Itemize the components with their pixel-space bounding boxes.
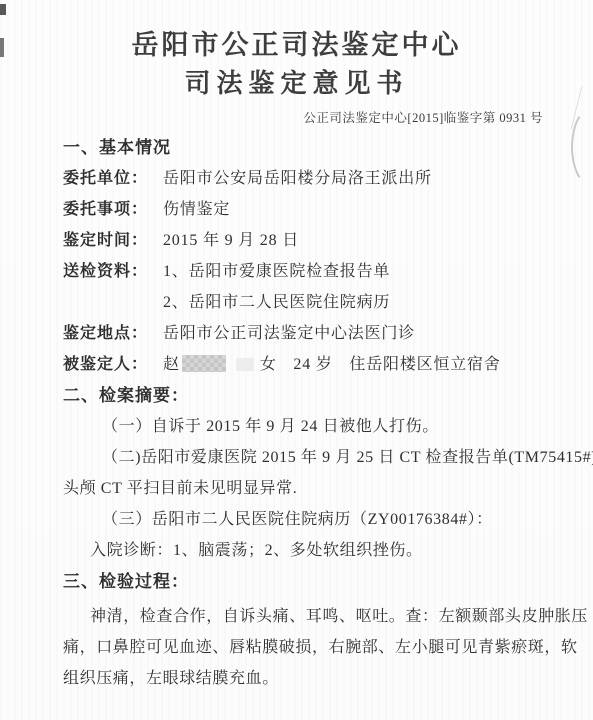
org-title: 岳阳市公正司法鉴定中心 [0,28,593,62]
field-row-appraisal-location: 鉴定地点：岳阳市公正司法鉴定中心法医门诊 [63,318,563,349]
case-summary-block: （一）自诉于 2015 年 9 月 24 日被他人打伤。 （二)岳阳市爱康医院 … [63,411,563,566]
field-row-appraisal-time: 鉴定时间：2015 年 9 月 28 日 [63,225,563,256]
field-value: 2、岳阳市二人民医院住院病历 [163,294,390,311]
summary-line-continuation: 头颅 CT 平扫目前未见明显异常. [63,473,563,504]
examination-block: 神清，检查合作，自诉头痛、耳鸣、呕吐。查：左额颞部头皮肿胀压 痛，口鼻腔可见血迹… [63,601,563,694]
document-header: 岳阳市公正司法鉴定中心 司法鉴定意见书 公正司法鉴定中心[2015]临鉴字第 0… [0,0,593,126]
field-label: 鉴定时间： [63,225,163,256]
scan-artifact-edge-mark [0,4,6,15]
name-redaction-block [182,355,226,372]
section-heading-case-summary: 二、检案摘要： [63,380,563,411]
field-value: 岳阳市公安局岳阳楼分局洛王派出所 [163,170,432,187]
summary-line: （三）岳阳市二人民医院住院病历（ZY00176384#）： [63,504,563,535]
field-row-entrusting-unit: 委托单位：岳阳市公安局岳阳楼分局洛王派出所 [63,163,563,194]
field-row-submitted-materials-2: 2、岳阳市二人民医院住院病历 [63,287,563,318]
section-heading-basic-info: 一、基本情况 [63,132,563,163]
field-value: 岳阳市公正司法鉴定中心法医门诊 [163,325,415,342]
document-body: 一、基本情况 委托单位：岳阳市公安局岳阳楼分局洛王派出所 委托事项：伤情鉴定 鉴… [63,132,563,694]
field-value: 1、岳阳市爱康医院检查报告单 [163,263,390,280]
summary-line: （一）自诉于 2015 年 9 月 24 日被他人打伤。 [63,411,563,442]
summary-line: （二)岳阳市爱康医院 2015 年 9 月 25 日 CT 检查报告单(TM75… [63,442,563,473]
field-row-entrusted-matter: 委托事项：伤情鉴定 [63,194,563,225]
doc-number: 公正司法鉴定中心[2015]临鉴字第 0931 号 [0,110,593,126]
subject-surname: 赵 [163,356,180,373]
summary-line: 入院诊断：1、脑震荡；2、多处软组织挫伤。 [63,535,563,566]
basic-info-fields: 委托单位：岳阳市公安局岳阳楼分局洛王派出所 委托事项：伤情鉴定 鉴定时间：201… [63,163,563,380]
field-label: 被鉴定人： [63,349,163,380]
field-label: 委托事项： [63,194,163,225]
subject-details: 女 24 岁 住岳阳楼区恒立宿舍 [260,356,501,373]
section-heading-examination: 三、检验过程： [63,566,563,597]
field-label: 送检资料： [63,256,163,287]
field-row-appraised-person: 被鉴定人：赵女 24 岁 住岳阳楼区恒立宿舍 [63,349,563,380]
scanned-document-page: 岳阳市公正司法鉴定中心 司法鉴定意见书 公正司法鉴定中心[2015]临鉴字第 0… [0,0,593,720]
examination-line-continuation: 痛，口鼻腔可见血迹、唇粘膜破损，右腕部、左小腿可见青紫瘀斑，软 [63,632,563,663]
examination-line: 神清，检查合作，自诉头痛、耳鸣、呕吐。查：左额颞部头皮肿胀压 [63,601,563,632]
field-value: 伤情鉴定 [163,201,230,218]
scan-artifact-edge-mark [0,38,4,57]
field-value: 2015 年 9 月 28 日 [163,232,299,249]
field-label: 鉴定地点： [63,318,163,349]
doc-title: 司法鉴定意见书 [0,67,593,99]
examination-line-continuation: 组织压痛，左眼球结膜充血。 [63,663,563,694]
name-redaction-smudge [236,358,254,371]
field-label: 委托单位： [63,163,163,194]
field-row-submitted-materials-1: 送检资料：1、岳阳市爱康医院检查报告单 [63,256,563,287]
